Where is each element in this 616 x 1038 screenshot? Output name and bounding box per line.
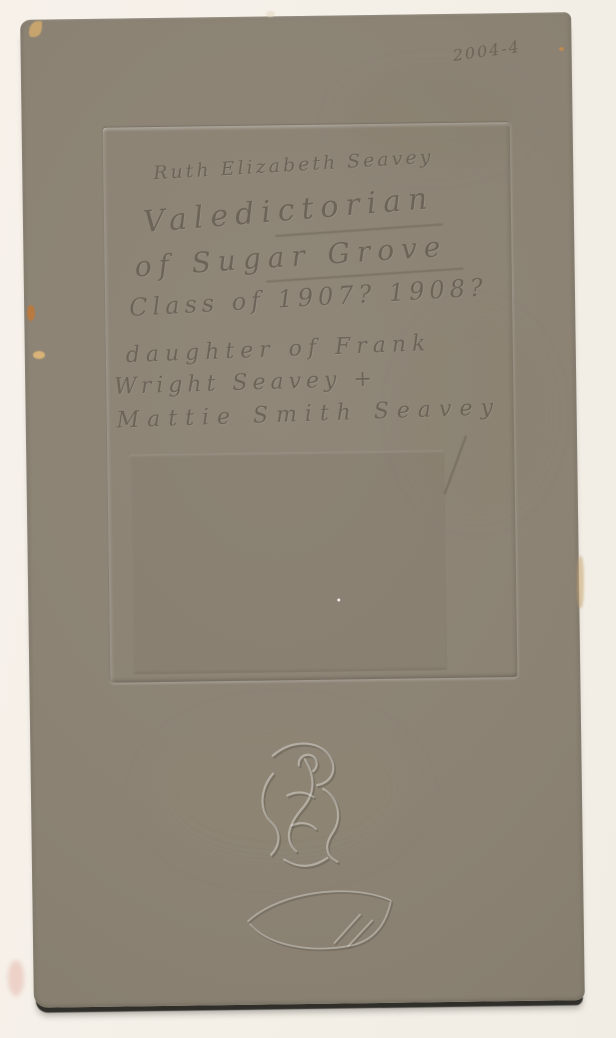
dust-speck bbox=[337, 598, 340, 601]
edge-notch bbox=[266, 11, 275, 17]
catalog-number: 2004-4 bbox=[452, 37, 522, 65]
embossed-flourish-icon bbox=[238, 875, 405, 957]
scanned-photo-background: 2004-4 Ruth Elizabeth Seavey Valedictori… bbox=[0, 0, 616, 1038]
edge-wear bbox=[577, 556, 584, 608]
embossed-crest-icon bbox=[243, 733, 363, 875]
edge-chip bbox=[27, 305, 35, 321]
pink-smudge bbox=[8, 960, 24, 996]
edge-speck bbox=[559, 47, 564, 51]
edge-chip bbox=[33, 351, 45, 359]
cabinet-card-back: 2004-4 Ruth Elizabeth Seavey Valedictori… bbox=[20, 12, 585, 1008]
photo-show-through-impression bbox=[129, 450, 447, 674]
